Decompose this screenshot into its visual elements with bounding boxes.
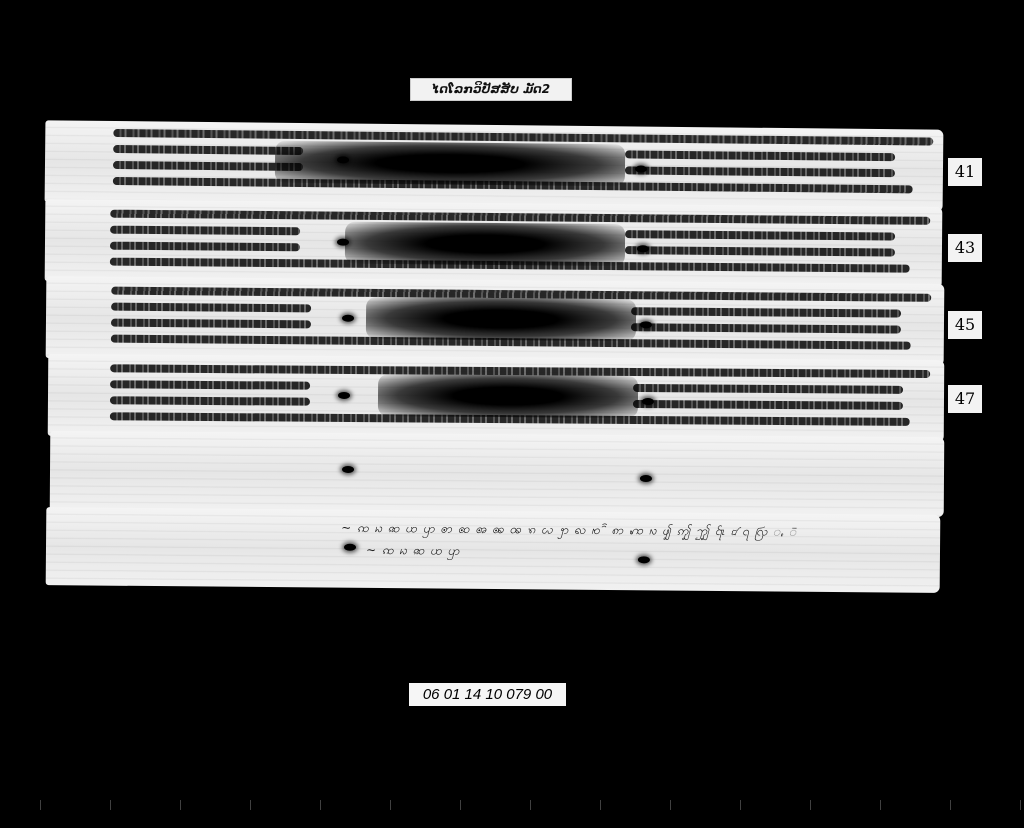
string-hole [344, 544, 356, 551]
palm-leaf-3 [46, 276, 945, 366]
palm-leaf-6-colophon: ~ ꩡ ꩢ ꩣ ꩤ ꩥ ꩦ ꩧ ꩨ ꩩ ꩪ ꩫ ꩬ ꩭ ꩮ ꩯ ꩰ ꩱ ꩲ ꩳ … [46, 507, 941, 593]
palm-leaf-5-blank [50, 431, 945, 517]
colophon-line-2: ~ ꩡ ꩢ ꩣ ꩤ ꩥ [366, 542, 460, 561]
page-number-45: 45 [948, 311, 982, 339]
colophon-line-1: ~ ꩡ ꩢ ꩣ ꩤ ꩥ ꩦ ꩧ ꩨ ꩩ ꩪ ꩫ ꩬ ꩭ ꩮ ꩯ ꩰ ꩱ ꩲ ꩳ … [341, 520, 797, 542]
string-hole [337, 239, 349, 246]
manuscript-title-label: ໄດໂລກວິປັສສັບ ມັດ2 [410, 78, 572, 101]
string-hole [337, 156, 349, 163]
palm-leaf-1 [45, 120, 944, 211]
string-hole [637, 245, 649, 252]
page-number-43: 43 [948, 234, 982, 262]
string-hole [635, 165, 647, 172]
catalog-id-label: 06 01 14 10 079 00 [409, 683, 566, 706]
string-hole [638, 556, 650, 563]
string-hole [640, 475, 652, 482]
string-hole [338, 392, 350, 399]
string-hole [342, 466, 354, 473]
scan-edge-noise [0, 800, 1024, 810]
page-number-41: 41 [948, 158, 982, 186]
string-hole [342, 315, 354, 322]
string-hole [642, 398, 654, 405]
palm-leaf-2 [45, 199, 943, 289]
string-hole [640, 321, 652, 328]
page-number-47: 47 [948, 385, 982, 413]
palm-leaf-4 [48, 354, 945, 442]
